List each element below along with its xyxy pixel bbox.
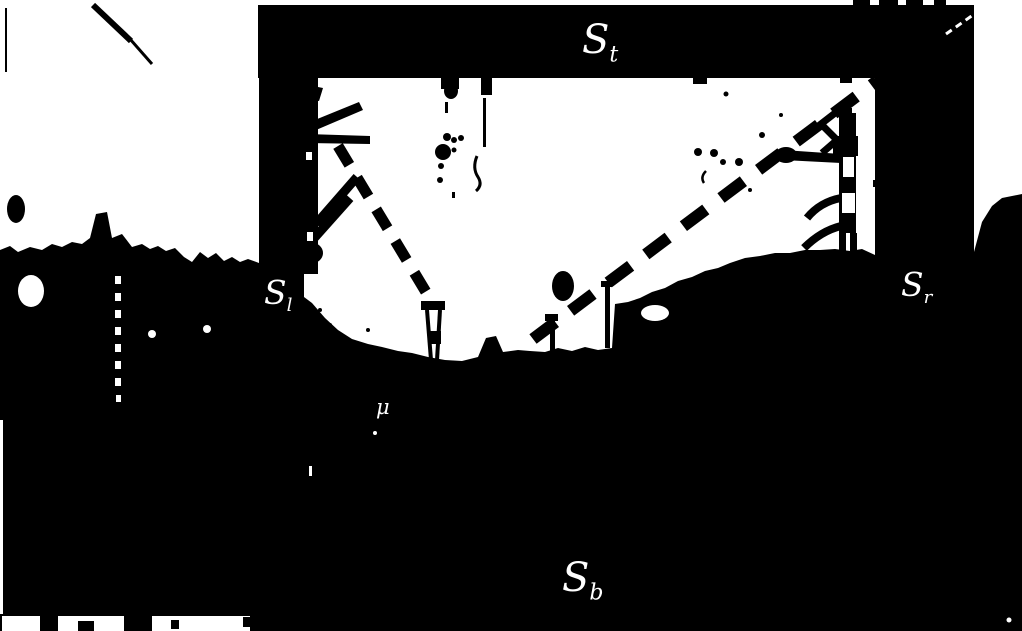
small-pole — [550, 318, 555, 354]
tree-blob — [7, 195, 25, 223]
binarized-figure: μ St Sb Sl Sr — [0, 0, 1022, 631]
region-label-top-base: S — [582, 17, 609, 63]
mu-noise-mark: μ — [376, 395, 390, 419]
frame-right-bar — [875, 5, 974, 255]
white-speck — [1007, 618, 1012, 623]
figure-canvas: μ — [0, 0, 1022, 631]
region-label-left-base: S — [264, 273, 287, 312]
left-edge-white-column — [0, 420, 3, 614]
region-label-top: St — [582, 20, 618, 66]
white-tick — [309, 466, 312, 476]
region-label-right-base: S — [901, 265, 924, 304]
right-tower-leg — [839, 233, 846, 257]
region-label-left: Sl — [264, 276, 292, 315]
tree-gap — [18, 275, 44, 307]
tree-top-blob — [552, 271, 574, 301]
region-label-right-sub: r — [924, 287, 933, 308]
region-label-bottom-sub: b — [589, 580, 603, 605]
thin-vertical-wire — [5, 8, 7, 72]
region-label-top-sub: t — [609, 42, 618, 67]
frame-left-bar — [259, 5, 304, 475]
region-label-bottom: Sb — [562, 558, 604, 604]
tree-gap — [641, 305, 669, 321]
small-pole — [605, 284, 610, 348]
insulator-blob — [775, 147, 797, 163]
right-tower-leg — [850, 233, 857, 257]
region-label-bottom-base: S — [562, 555, 589, 601]
region-label-left-sub: l — [287, 295, 293, 316]
tree-gap-dot — [148, 330, 156, 338]
tree-gap-dot — [203, 325, 211, 333]
region-label-right: Sr — [901, 268, 932, 307]
pole-crossarm — [421, 301, 445, 310]
white-speck — [373, 431, 377, 435]
